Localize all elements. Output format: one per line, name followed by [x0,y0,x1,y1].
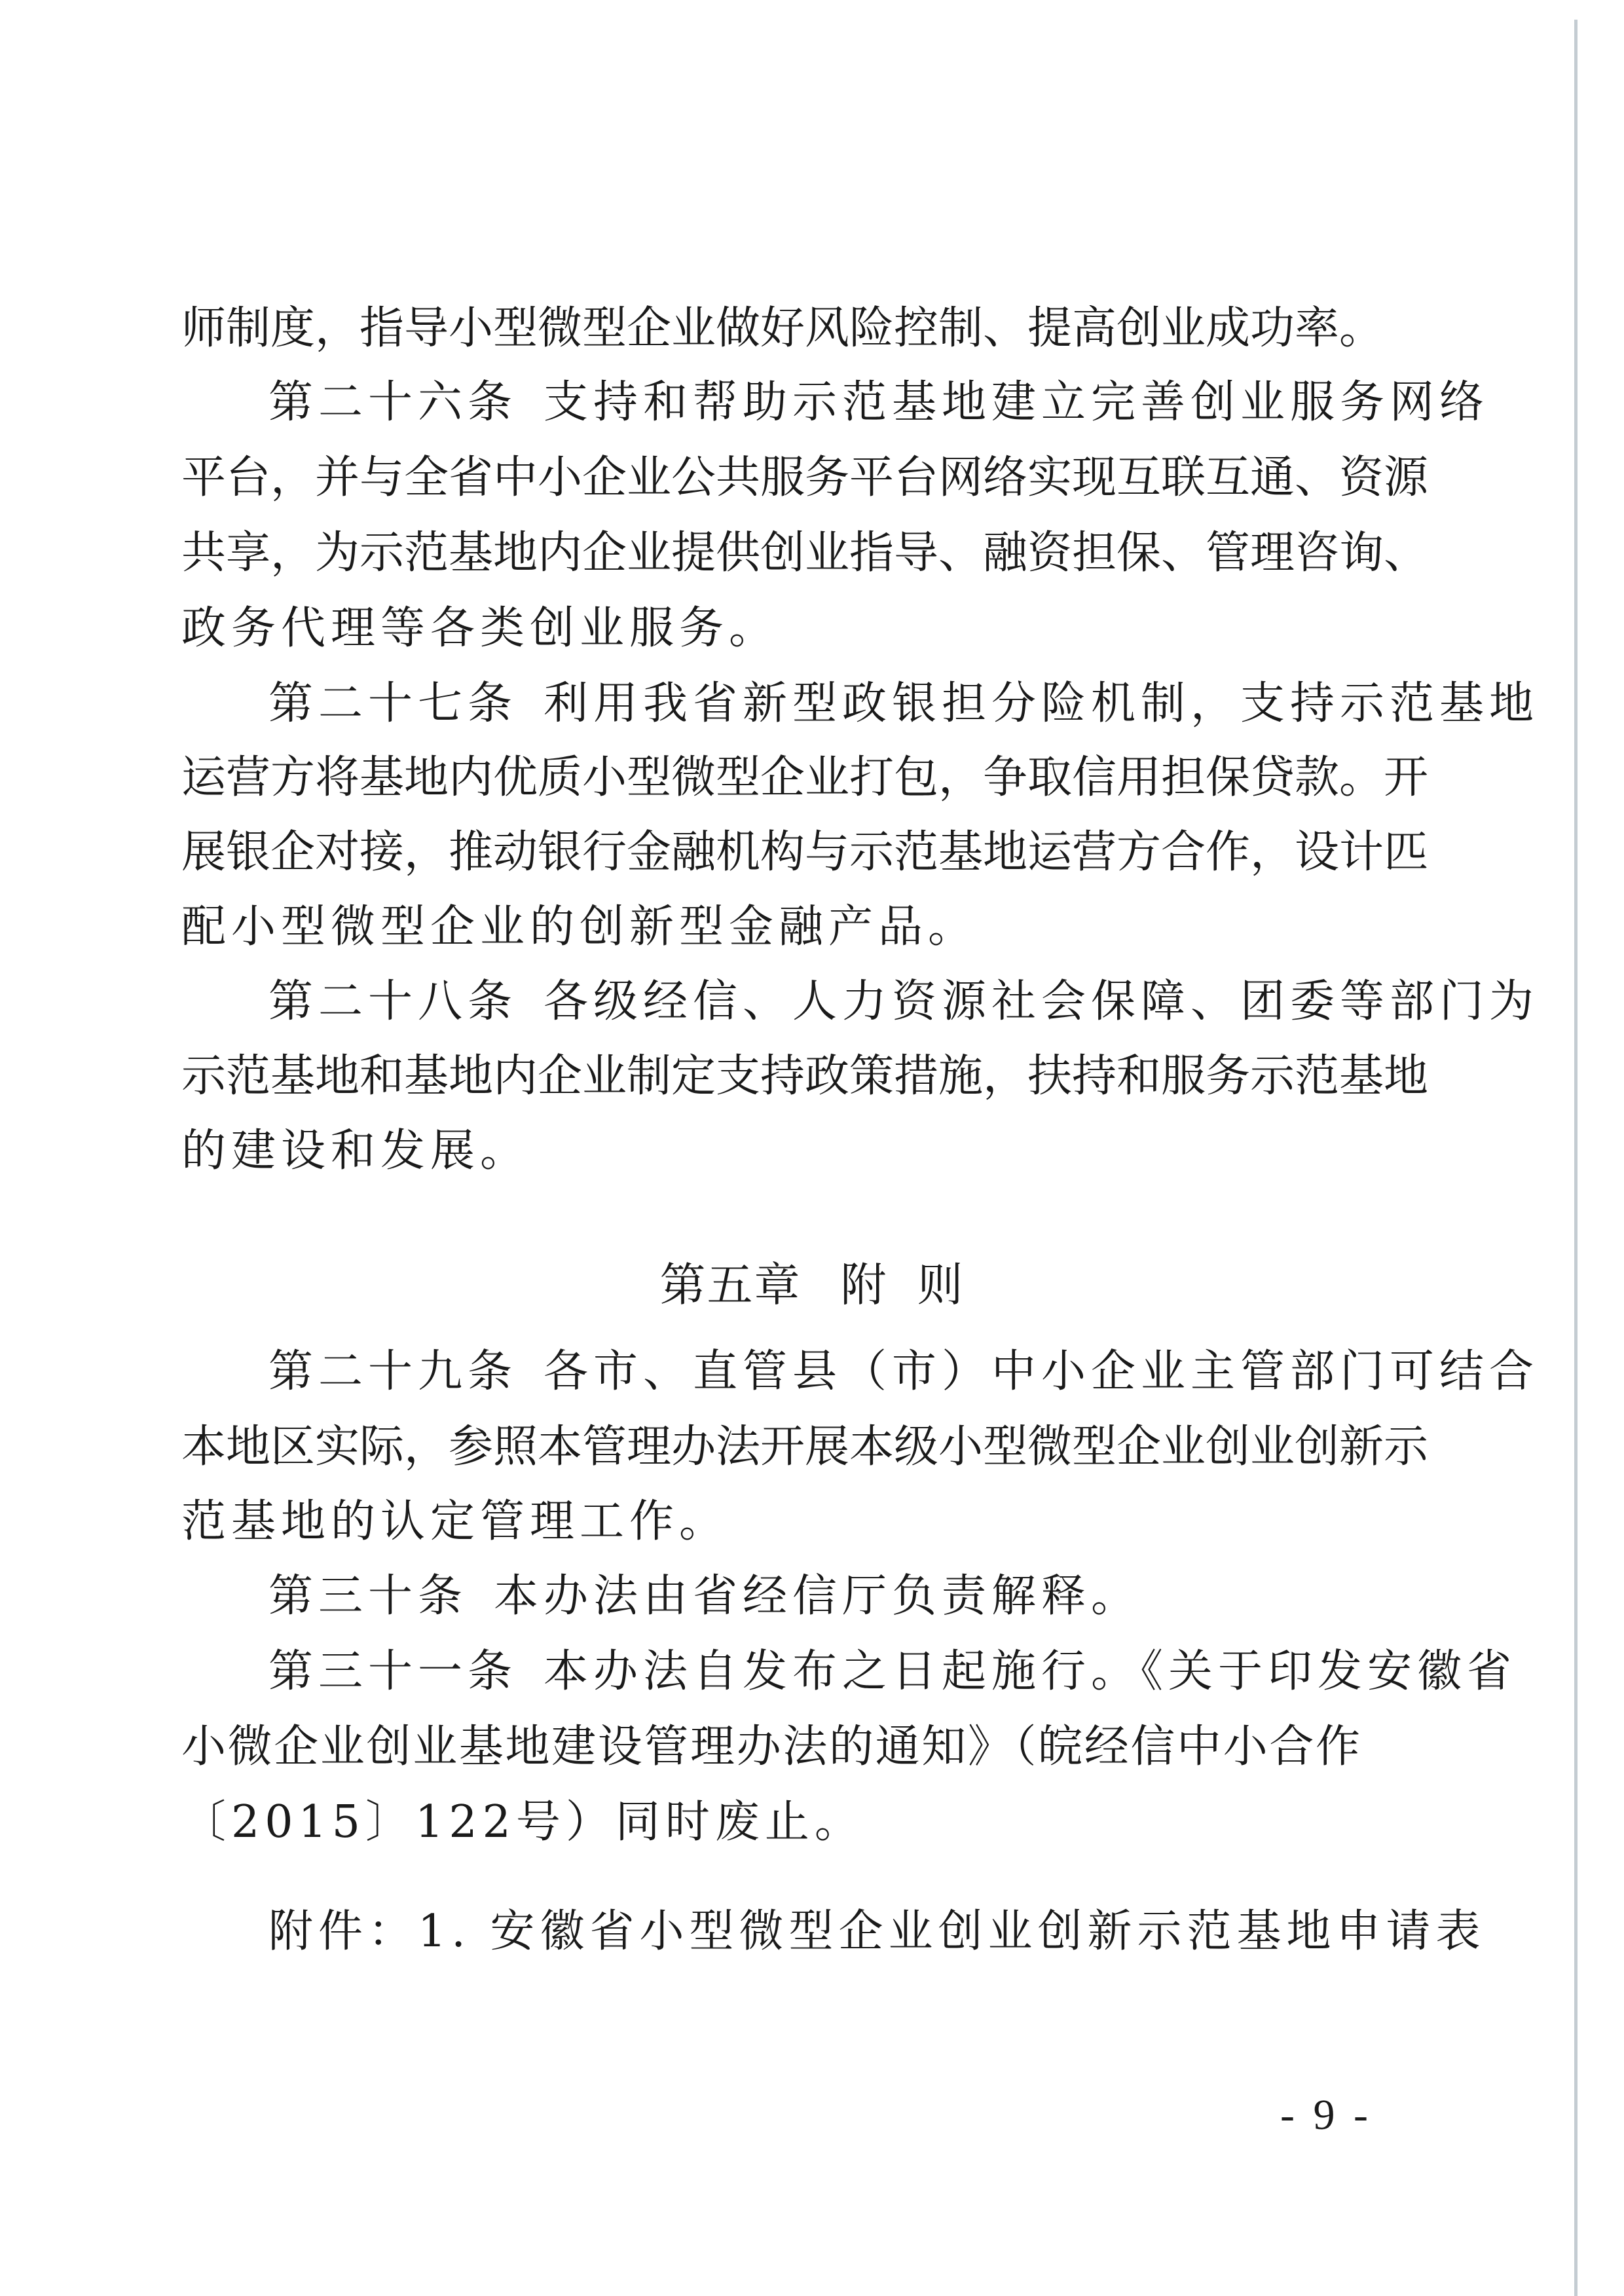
article-text: 各级经信、人力资源社会保障、团委等部门为 [544,976,1539,1028]
article-label: 第二十七条 [268,678,517,730]
paragraph-line: 本地区实际，参照本管理办法开展本级小型微型企业创业创新示 [181,1415,1360,1480]
article-label: 第二十八条 [268,976,517,1028]
article-label: 第二十九条 [268,1346,517,1398]
article-29-first-line: 第二十九条各市、直管县（市）中小企业主管部门可结合 [268,1339,1360,1405]
paragraph-line: 平台，并与全省中小企业公共服务平台网络实现互联互通、资源 [181,445,1360,511]
attachment-item: 1. 安徽省小型微型企业创业创新示范基地申请表 [418,1906,1486,1957]
attachment-label: 附件： [268,1906,418,1957]
chapter-title-part: 则 [917,1258,965,1312]
article-30-first-line: 第三十条本办法由省经信厅负责解释。 [268,1564,1360,1629]
paragraph-line: 示范基地和基地内企业制定支持政策措施，扶持和服务示范基地 [181,1044,1360,1109]
paragraph-line: 师制度，指导小型微型企业做好风险控制、提高创业成功率。 [181,296,1360,361]
article-label: 第三十一条 [268,1646,517,1697]
article-28-first-line: 第二十八条各级经信、人力资源社会保障、团委等部门为 [268,969,1360,1035]
paragraph-line: 的建设和发展。 [181,1119,1360,1184]
article-27-first-line: 第二十七条利用我省新型政银担分险机制，支持示范基地 [268,671,1360,737]
chapter-title-part: 附 [841,1258,888,1312]
article-31-first-line: 第三十一条本办法自发布之日起施行。《关于印发安徽省 [268,1639,1360,1705]
paragraph-line: 政务代理等各类创业服务。 [181,596,1360,661]
scan-edge-line [1574,20,1578,2296]
article-text: 支持和帮助示范基地建立完善创业服务网络 [544,377,1489,428]
article-text: 各市、直管县（市）中小企业主管部门可结合 [544,1346,1539,1398]
article-label: 第二十六条 [268,377,517,428]
article-label: 第三十条 [268,1570,468,1622]
paragraph-line: 共享，为示范基地内企业提供创业指导、融资担保、管理咨询、 [181,521,1360,586]
paragraph-line: 〔2015〕122号）同时废止。 [181,1790,1360,1855]
paragraph-line: 展银企对接，推动银行金融机构与示范基地运营方合作，设计匹 [181,820,1360,885]
chapter-heading: 第五章附则 [0,1252,1624,1318]
chapter-number: 第五章 [660,1258,802,1312]
paragraph-line: 配小型微型企业的创新型金融产品。 [181,895,1360,960]
paragraph-line: 小微企业创业基地建设管理办法的通知》（皖经信中小合作 [181,1714,1360,1780]
article-text: 本办法自发布之日起施行。《关于印发安徽省 [544,1646,1517,1697]
article-text: 利用我省新型政银担分险机制，支持示范基地 [544,678,1539,730]
paragraph-line: 运营方将基地内优质小型微型企业打包，争取信用担保贷款。开 [181,745,1360,811]
article-26-first-line: 第二十六条支持和帮助示范基地建立完善创业服务网络 [268,370,1360,435]
article-text: 本办法由省经信厅负责解释。 [494,1570,1141,1622]
page-number: - 9 - [1280,2086,1372,2145]
document-page: 师制度，指导小型微型企业做好风险控制、提高创业成功率。 第二十六条支持和帮助示范… [0,0,1624,2296]
attachment-line: 附件：1. 安徽省小型微型企业创业创新示范基地申请表 [268,1899,1360,1965]
paragraph-line: 范基地的认定管理工作。 [181,1489,1360,1555]
